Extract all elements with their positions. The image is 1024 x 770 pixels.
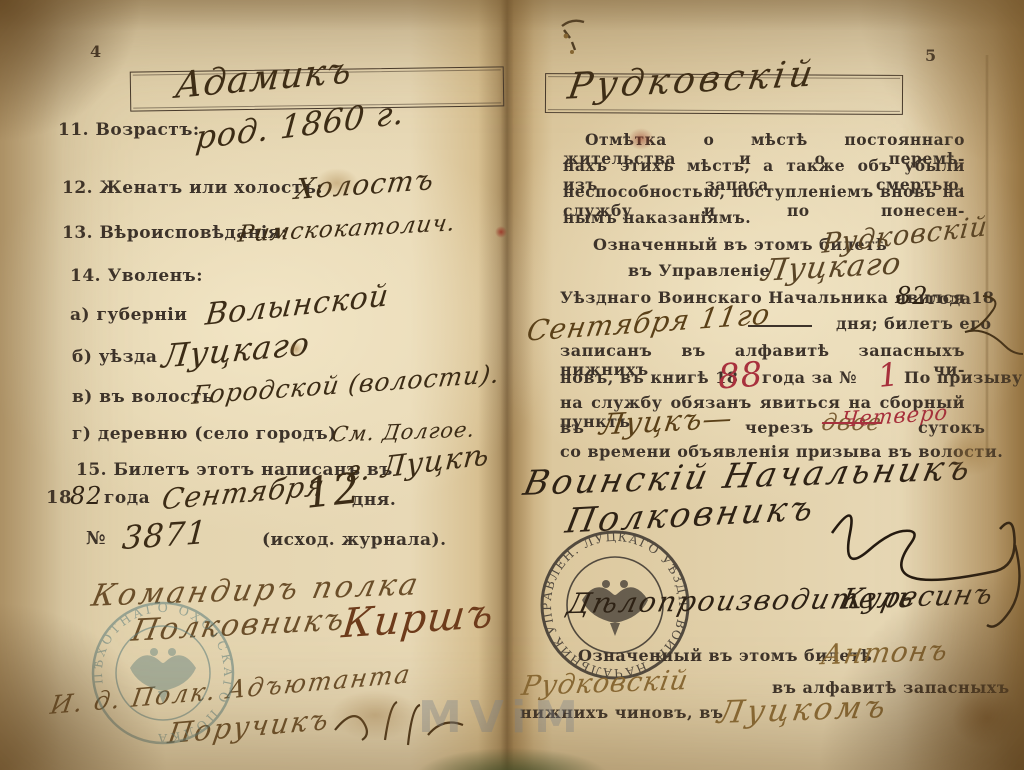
registry-firstname-handwritten: Антонъ	[819, 634, 951, 672]
record-number-red-handwritten: 1	[876, 355, 901, 395]
field-religion-value-handwritten: Римскокатолич.	[236, 210, 458, 248]
commander-name-signature: Киршъ	[340, 590, 496, 647]
record-line6b-printed: года за №	[762, 368, 857, 387]
paper-crease	[985, 55, 989, 455]
issue-year-printed: 18	[46, 487, 72, 508]
field-marital-label: 12. Женатъ или холостъ:	[62, 178, 323, 198]
left-page-number: 4	[90, 42, 102, 61]
journal-number-note: (исход. журнала).	[262, 530, 447, 550]
issue-year-word: года	[104, 488, 150, 508]
field-gubernia-label: а) губерніи	[70, 305, 187, 325]
record-line6c-printed: По призыву	[904, 368, 1023, 387]
field-uezd-value-handwritten: Луцкаго	[160, 324, 312, 375]
journal-number-handwritten: 3871	[121, 513, 209, 557]
regiment-stamp: ПѢХОТНАГО ОХОТСКАГО ПОЛКА	[78, 588, 248, 758]
double-headed-eagle-icon	[130, 648, 196, 704]
blank-dash	[748, 325, 812, 327]
ink-blot	[552, 12, 592, 62]
record-year-handwritten: 82	[896, 282, 929, 310]
record-line8b-printed: черезъ	[745, 418, 814, 437]
field-discharged-label: 14. Уволенъ:	[70, 266, 203, 286]
issue-year-handwritten: 82	[70, 482, 103, 510]
record-book-year-red-handwritten: 88	[717, 354, 765, 397]
clerk-name-signature: Куресинъ	[839, 577, 997, 616]
field-village-label: г) деревню (село городъ)	[72, 424, 337, 444]
stain	[952, 688, 1022, 748]
notice-line-4: нымъ наказаніямъ.	[563, 208, 751, 227]
record-office-handwritten: Луцкаго	[759, 246, 904, 289]
field-marital-value-handwritten: Холостъ	[293, 163, 437, 206]
record-line8a-printed: въ	[560, 418, 584, 437]
record-line6a-printed: новъ, въ книгѣ 18	[560, 368, 738, 387]
stain	[495, 226, 507, 238]
record-place-handwritten: Луцкъ—	[597, 400, 735, 441]
margin-pen-flourish	[938, 288, 1024, 358]
journal-number-sign: №	[86, 528, 106, 549]
record-line8c-printed: сутокъ	[918, 418, 985, 437]
field-uezd-label: б) уѣзда	[72, 347, 157, 367]
document-scan: 4 Адамикъ 11. Возрастъ: род. 1860 г. 12.…	[0, 0, 1024, 770]
field-age-label: 11. Возрастъ:	[58, 120, 200, 140]
archive-watermark: MViM	[418, 692, 586, 743]
record-line2-printed: въ Управленіе	[628, 261, 770, 280]
clerk-signature-flourish	[985, 540, 1024, 650]
right-page-number: 5	[925, 46, 937, 65]
registry-place-handwritten: Луцкомъ	[715, 689, 891, 731]
issue-day-word: дня.	[352, 490, 396, 510]
